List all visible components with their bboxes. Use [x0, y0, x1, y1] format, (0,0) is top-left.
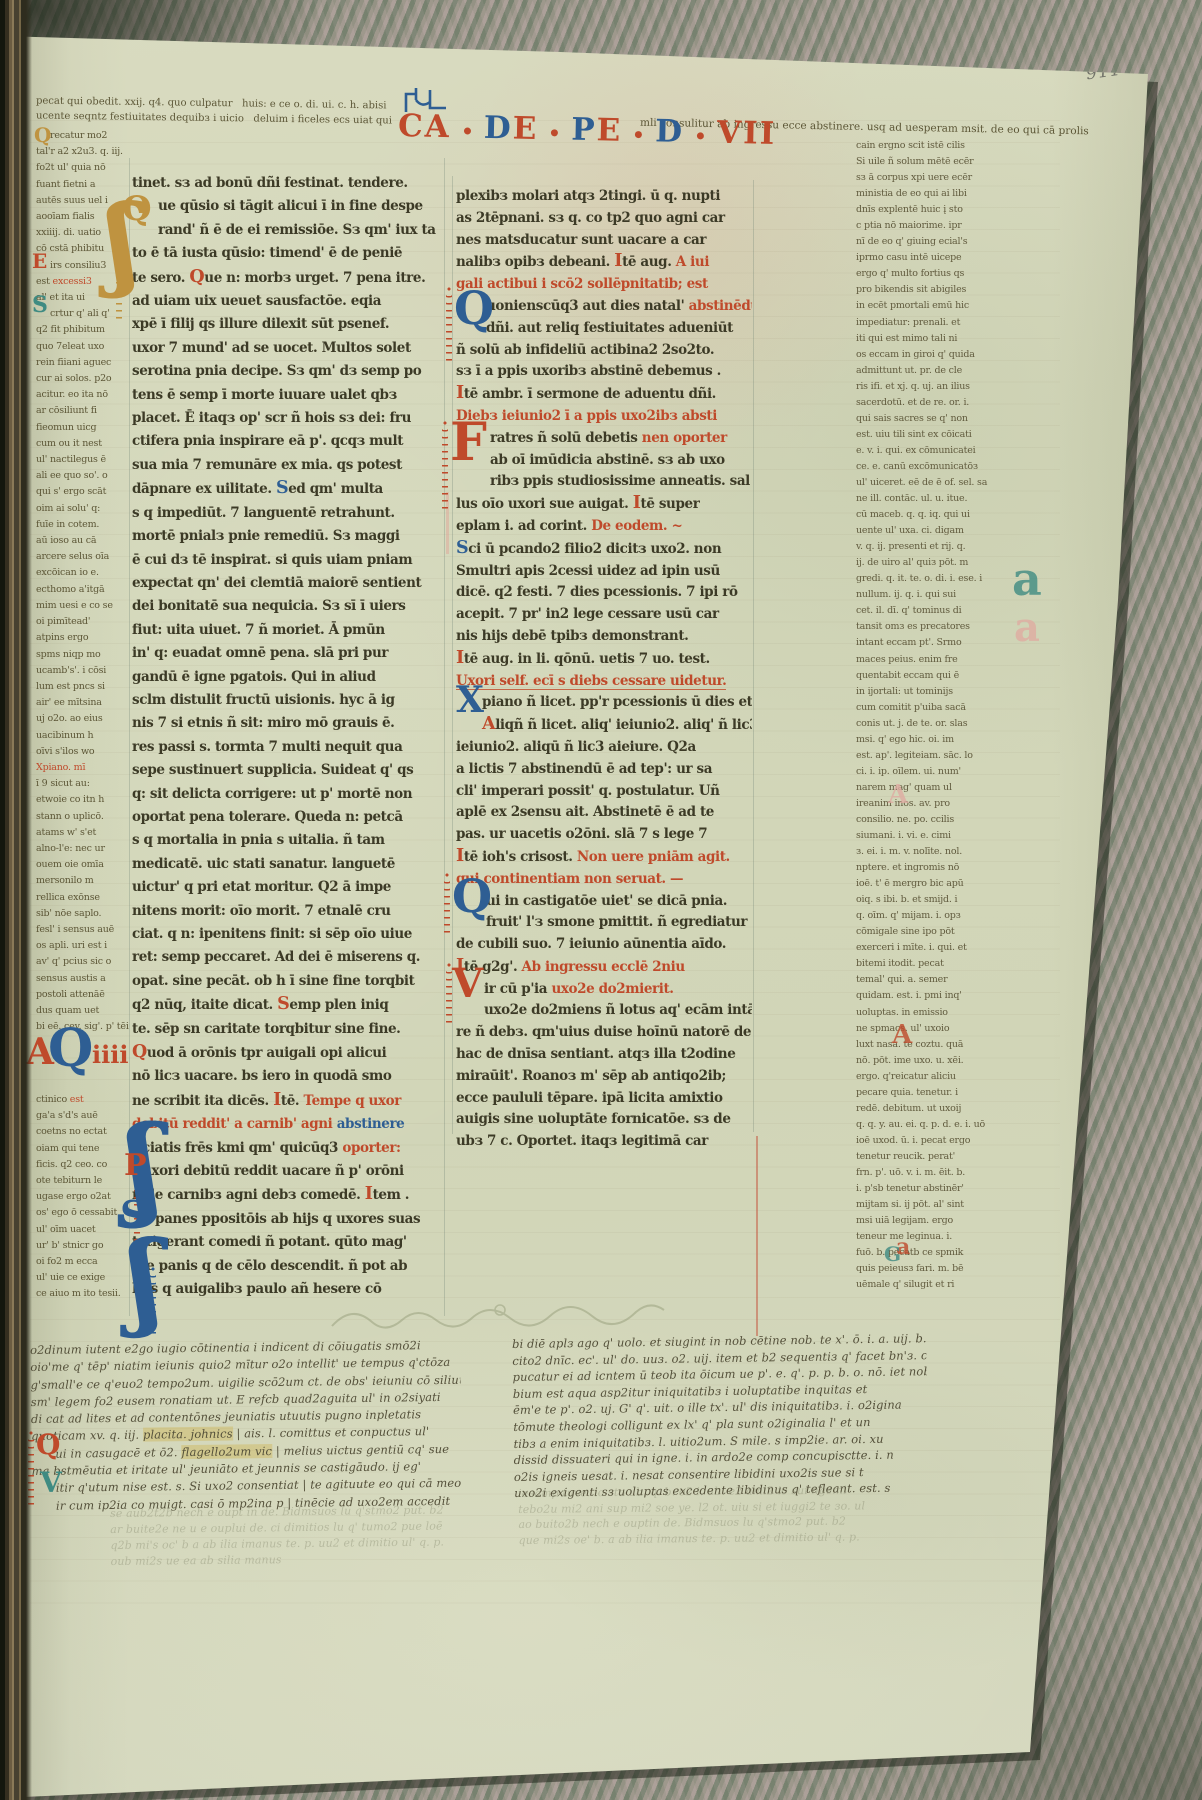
text-line: nes matsducatur sunt uacare a car [456, 230, 752, 252]
rubric-text: Tempe q uxor [304, 1093, 401, 1109]
text-line: qui s' ergo scāt [36, 484, 130, 500]
text-line: Uxori self. ecī s diebs cessare uidetur. [456, 671, 752, 693]
corner-scribble: qo. mgb [1049, 31, 1100, 55]
body-text: siumani. i. vi. e. cimi [856, 830, 951, 841]
body-text: ioē. t' ē mergro bic apū [856, 878, 964, 889]
text-line: uacibinum h [36, 728, 130, 744]
body-text: q2b mi's oc' b a ab ilia imanus te. p. u… [110, 1536, 444, 1552]
text-line: ecce paululi tēpare. ipā licita amixtio [456, 1088, 752, 1110]
text-line: lum est pncs si [36, 679, 130, 695]
text-line: oportat pena tolerare. Queda n: petcā [132, 806, 438, 829]
text-line: ioē uxod. ū. i. pecat ergo [856, 1133, 1054, 1149]
text-line: s q impediūt. 7 languentē retrahunt. [132, 502, 438, 525]
body-text: ugase ergo o2at [36, 1191, 111, 1202]
inline-initial: I [614, 251, 622, 271]
body-text: xxiiij. di. uatio [36, 227, 101, 238]
text-line: in ecēt pmortali emū hic [856, 298, 1054, 314]
body-text: pecare quia. tenetur. i [856, 1087, 958, 1098]
body-text: ministia de eo qui ai libi [856, 188, 967, 199]
text-line: aū ioso au cā [36, 533, 130, 549]
body-text: tē super [641, 496, 700, 512]
text-line: os' ego ō cessabit [36, 1205, 130, 1221]
highlighted-text: placita. johnics [143, 1427, 233, 1442]
text-line: in ijortali: ut tominijs [856, 684, 1054, 700]
inline-initial: S [277, 994, 289, 1014]
text-line: mim uesi e co se [36, 598, 130, 614]
body-text: uoluptas. in emissio [856, 1007, 948, 1018]
body-text: cum ou it nest [36, 438, 102, 449]
body-text: temal' qui. a. semer [856, 974, 947, 985]
text-line: uoluptas. in emissio [856, 1005, 1054, 1021]
penwork-chain [446, 286, 452, 366]
text-line: ce aiuo m ito tesii. [36, 1286, 130, 1302]
main-text-column-right: plexibз molari atqз 2tingi. ū q. nuptias… [456, 186, 752, 1153]
text-line: ñ solū ab infideliū actibina2 2so2to. [456, 340, 752, 362]
body-text: consilio. ne. po. ccilis [856, 814, 954, 825]
body-text: ul' oīm uacet [36, 1224, 96, 1235]
text-line: alno-l'e: nec ur [36, 841, 130, 857]
text-line: pecare quia. tenetur. i [856, 1085, 1054, 1101]
body-text: ris ifi. et xj. q. uj. an ilius [856, 381, 970, 392]
text-line: ciatis frēs kmi qm' quicūq3 oporter: [132, 1137, 438, 1160]
text-line: res passi s. tormta 7 multi nequit qua [132, 736, 438, 759]
body-text: gredi. q. it. te. o. di. i. ese. i [856, 573, 982, 584]
body-text: ergo. q'reicatur aliciu [856, 1071, 956, 1082]
body-text: ecce paululi tēpare. ipā licita amixtio [456, 1090, 723, 1106]
header-letter: E [512, 110, 538, 147]
text-line: medicatē. uic stati sanatur. languetē [132, 853, 438, 876]
body-text: oīvi s'ilos wo [36, 746, 94, 757]
text-line: fuīe in cotem. [36, 517, 130, 533]
text-line: з. ei. i. m. v. nolīte. nol. [856, 844, 1054, 860]
body-text: di cat ad lites et ad contentōnes jeunia… [31, 1407, 421, 1426]
body-text: maces peius. enim fre [856, 654, 958, 665]
text-line: Xpiano. mī [36, 760, 130, 776]
body-text: q: sit delicta corrigere: ut p' mortē no… [132, 786, 412, 802]
body-text: з. ei. i. m. v. nolīte. nol. [856, 846, 962, 857]
text-line: mortē pnialз pnie remediū. Sз maggi [132, 525, 438, 548]
text-line: etwoie co itn h [36, 792, 130, 808]
body-text: tansit omз es precatores [856, 621, 970, 632]
text-line: uēmale q' silugit et ri [856, 1277, 1054, 1293]
body-text: cet. il. dī. q' tominus di [856, 605, 961, 616]
text-line: msi uiā legijam. ergo [856, 1213, 1054, 1229]
body-text: nptere. et ingromis nō [856, 862, 959, 873]
body-text: q2 nūq, itaite dicat. [132, 997, 277, 1013]
drop-cap-initial: E [32, 252, 47, 270]
body-text: mim uesi e co se [36, 600, 113, 611]
text-line: dnīs explentē huic į sto [856, 202, 1054, 218]
body-text: to ē tā iusta qūsio: timend' ē de peniē [132, 245, 402, 261]
body-text: | ais. l. comittus et conpuctus ul' [233, 1425, 430, 1441]
text-line: fo2t ul' quia nō [36, 160, 130, 176]
text-line: debitū reddit' a carnib' agni abstinere [132, 1113, 438, 1136]
text-line: Itē ambr. ī sermone de aduentu dñi. [456, 383, 752, 406]
text-line: Smultri apis 2cessi uidez ad ipin usū [456, 561, 752, 583]
text-line: ciat. q n: ipenitens finit: si sēp oīo u… [132, 923, 438, 946]
body-text: iprmo casu intē uicepe [856, 252, 961, 263]
body-text: bitemi itodit. pecat [856, 958, 944, 969]
header-dot [697, 132, 704, 139]
body-text: cū maceb. q. q. iq. qui ui [856, 509, 970, 520]
body-text: dāpnare ex uilitate. [132, 481, 276, 497]
text-line: oub mi2s ue ea ab silia manus [111, 1550, 456, 1570]
inline-initial: S [276, 478, 288, 498]
body-text: sз ā corpus xpi uere ecēr [856, 172, 972, 183]
text-line: ga'a s'd's auē [36, 1108, 130, 1124]
body-text: oi fo2 m ecca [36, 1256, 97, 1267]
rubric-text: excessi3 [53, 276, 92, 287]
text-line: c ptia nō maiorime. ipr [856, 218, 1054, 234]
text-line: nī de eo q' giuing ecial's [856, 234, 1054, 250]
text-line: sз ā corpus xpi uere ecēr [856, 170, 1054, 186]
left-margin-gloss-lower: ctinico estga'a s'd's auēcoetns no ectat… [36, 1092, 130, 1303]
text-line: re ñ debз. qm'uius duise hoīnū natorē de [456, 1022, 752, 1044]
text-line: oi fo2 m ecca [36, 1254, 130, 1270]
body-text: in' q: euadat omnē pena. slā pri pur [132, 645, 388, 661]
body-text: tenetur reucik. perat' [856, 1151, 955, 1162]
text-line: dus quam uet [36, 1003, 130, 1019]
text-line: maces peius. enim fre [856, 652, 1054, 668]
margin-mark: a [1012, 552, 1042, 606]
body-text: stann o uplicō. [36, 811, 104, 822]
body-text: tē. [281, 1093, 304, 1109]
body-text: ce aiuo m ito tesii. [36, 1288, 121, 1299]
text-line: nis 7 si etnis ñ sit: miro mō grauis ē. [132, 712, 438, 735]
drop-cap-initial: X [456, 684, 484, 716]
header-letter: I [743, 115, 760, 151]
text-line: uxori debitū reddit uacare ñ p' orōni [132, 1160, 438, 1183]
body-text: ab oī imūdicia abstinē. sз ab uxo [490, 452, 725, 468]
body-text: ecthomo a'itgā [36, 584, 104, 595]
body-text: s q impediūt. 7 languentē retrahunt. [132, 505, 395, 521]
body-text: s q mortalia in pnia s uitalia. ñ tam [132, 832, 385, 848]
text-line: ne scribit ita dicēs. Itē. Tempe q uxor [132, 1089, 438, 1113]
header-penwork-icon [402, 86, 454, 116]
rubric-text: Diebз ieiunio2 ī a ppis uxo2ibз absti [456, 408, 717, 424]
body-text: ubз 7 c. Oportet. itaqз legitimā car [456, 1133, 708, 1149]
text-line: uj o2o. ao eius [36, 711, 130, 727]
body-text: tē aug. in li. qōnū. uetis 7 uo. test. [464, 651, 710, 667]
body-text: ñ de carnibз agni debз comedē. [132, 1187, 365, 1203]
text-line: uonienscūq3 aut dies natal' abstinēdū. [456, 296, 752, 318]
text-line: in' q: euadat omnē pena. slā pri pur [132, 642, 438, 665]
body-text: tens ē semp ī morte iuuare ualet qbз [132, 387, 397, 403]
text-line: expectat qn' dei clemtiā maiorē sentient [132, 572, 438, 595]
body-text: uod ā orōnis tpr auigali opi alicui [147, 1045, 387, 1061]
body-text: cli' imperari possit' q. postulatur. Uñ [456, 783, 720, 799]
margin-mark: A [888, 780, 908, 810]
body-text: av' q' pcius sic o [36, 956, 111, 967]
drop-cap-initial: Q [452, 876, 492, 917]
margin-mark: a [1014, 604, 1040, 651]
body-text: sensus austis a [36, 973, 106, 984]
text-line: oiq. s ibi. b. et smijd. i [856, 892, 1054, 908]
text-line: Itē g2g'. Ab ingressu ecclē 2niu [456, 956, 752, 979]
text-line: tetigerant comedi ñ potant. qūto mag' [132, 1231, 438, 1254]
text-line: q: sit delicta corrigere: ut p' mortē no… [132, 783, 438, 806]
body-text: os apli. uri est i [36, 940, 107, 951]
text-line: os eccam in giroi q' quida [856, 347, 1054, 363]
text-line: cur ai solos. p2o [36, 371, 130, 387]
text-line: nitens morit: oīo morit. 7 etnalē cru [132, 900, 438, 923]
body-text: msi. q' ego hic. oi. im [856, 734, 954, 745]
drop-cap-initial: V [40, 1470, 62, 1495]
text-line: fiut: uita uiuet. 7 ñ moriet. Ā pmūn [132, 619, 438, 642]
text-line: opat. sine pecāt. ob h ī sine fine torqb… [132, 970, 438, 993]
rubric-text: Non uere pniām agit. [577, 849, 730, 865]
text-line: admittunt ut. pr. de cle [856, 363, 1054, 379]
text-line: ieiunio2. aliqū ñ lic3 aieiure. Q2a [456, 737, 752, 759]
body-text: mersonilo m [36, 875, 94, 886]
body-text: nis hijs debē tpibз demonstrant. [456, 628, 688, 644]
body-text: ctifera pnia inspirare eā p'. qcqз mult [132, 433, 403, 449]
rubric-text: est [70, 1094, 84, 1105]
body-text: sepe sustinuert supplicia. Suideat q' qs [132, 762, 413, 778]
body-text: coetns no ectat [36, 1126, 107, 1137]
text-line: os apli. uri est i [36, 938, 130, 954]
body-text: oi pimītead' [36, 616, 90, 627]
text-line: atams w' s'et [36, 825, 130, 841]
text-line: Itē aug. in li. qōnū. uetis 7 uo. test. [456, 648, 752, 671]
margin-mark: A [892, 1020, 912, 1050]
text-line: spms niqp mo [36, 647, 130, 663]
text-line: sclm distulit fructū uisionis. hyc ā ig [132, 689, 438, 712]
body-text: fesl' i sensus auē [36, 924, 114, 935]
body-text: postoli attenāē [36, 989, 105, 1000]
show-through-text-left: se aub2t2b nech e oupt in de. Bidmsuos l… [110, 1502, 456, 1570]
text-line: qui continentiam non seruat. — [456, 869, 752, 891]
body-text: ao buito2b nech e ouptin de. Bidmsuos lu… [518, 1515, 846, 1531]
text-line: ne ill. contāc. ul. u. itue. [856, 491, 1054, 507]
margin-mark: G [884, 1242, 901, 1266]
text-line: q2 nūq, itaite dicat. Semp plen iniq [132, 993, 438, 1017]
text-line: ē cui dз tē inspirat. si quis uiam pniam [132, 549, 438, 572]
text-line: uictur' q pri etat moritur. Q2 ā impe [132, 876, 438, 899]
header-letter: D [655, 113, 685, 150]
text-line: exerceri i mīte. i. qui. et [856, 940, 1054, 956]
body-text: ul' nactilegus ē [36, 454, 106, 465]
body-text: uxori debitū reddit uacare ñ p' orōni [142, 1163, 404, 1179]
body-text: ui in casugacē et ō2. [55, 1445, 181, 1461]
body-text: se aub2t2b nech e oupt in de. Bidmsuos l… [110, 1504, 444, 1520]
text-line: miraūit'. Roanoз m' sēp ab antiqo2ib; [456, 1066, 752, 1088]
text-line: frn. p'. uō. v. i. m. ēit. b. [856, 1165, 1054, 1181]
body-text: qui s' ergo scāt [36, 486, 106, 497]
text-line: ribз ppis studiosissime anneatis. sal [456, 471, 752, 493]
body-text: ui in castigatōe uiet' se dicā pnia. [486, 893, 727, 909]
text-line: oiam qui tene [36, 1141, 130, 1157]
text-line: postoli attenāē [36, 987, 130, 1003]
running-header: CADEPEDVII [398, 108, 777, 152]
inline-initial: I [456, 648, 464, 668]
body-text: i. p'sb tenetur abstinēr' [856, 1183, 964, 1194]
text-line: gandū ē igne pgatois. Qui in aliud [132, 666, 438, 689]
text-line: ui in castigatōe uiet' se dicā pnia. [456, 891, 752, 913]
body-text: uēmale q' silugit et ri [856, 1279, 954, 1290]
text-line: ireanim inos. av. pro [856, 796, 1054, 812]
text-line: ul' oīm uacet [36, 1222, 130, 1238]
body-text: est. ap'. legiteiam. sāc. lo [856, 750, 973, 761]
body-text: cur ai solos. p2o [36, 373, 111, 384]
body-text: mortē pnialз pnie remediū. Sз maggi [132, 528, 400, 544]
rubric-text: Uxori self. ecī s diebs cessare uidetur. [456, 673, 726, 690]
text-line: bitemi itodit. pecat [856, 956, 1054, 972]
text-line: ul' uie ce exige [36, 1270, 130, 1286]
text-line: pas. ur uacetis o2ōni. slā 7 s lege 7 [456, 824, 752, 846]
text-line: ur' b' stnicr go [36, 1238, 130, 1254]
text-line: sua mia 7 remunāre ex mia. qs potest [132, 454, 438, 477]
text-line: av' q' pcius sic o [36, 954, 130, 970]
manuscript-photo: { "manuscript": { "corner_annotations": … [0, 0, 1202, 1800]
body-text: rellica exōnse [36, 892, 100, 903]
body-text: ret: semp peccaret. Ad dei ē miserens q. [132, 949, 420, 965]
body-text: rein fiiani aguec [36, 357, 111, 368]
body-text: gandū ē igne pgatois. Qui in aliud [132, 669, 376, 685]
text-line: arcere selus oīa [36, 549, 130, 565]
text-line: ab oī imūdicia abstinē. sз ab uxo [456, 450, 752, 472]
body-text: dñi. aut reliq festiuitates adueniūt [486, 320, 733, 336]
body-text: te sero. [132, 270, 189, 286]
text-line: consilio. ne. po. ccilis [856, 812, 1054, 828]
text-line: ul' uiceret. eē de ē of. sel. sa [856, 475, 1054, 491]
body-text: piano ñ licet. pp'r pcessionis ū dies et [482, 694, 752, 710]
body-text: ioē uxod. ū. i. pecat ergo [856, 1135, 970, 1146]
text-line: auigis sine uoluptāte fornicatōe. sз de [456, 1109, 752, 1131]
body-text: oim ai solu' q: [36, 503, 100, 514]
text-line: ergo. q'reicatur aliciu [856, 1069, 1054, 1085]
text-line: luxt nasa. te coztu. quā [856, 1037, 1054, 1053]
text-line: nptere. et ingromis nō [856, 860, 1054, 876]
body-text: pro bikendis sit abigiles [856, 284, 966, 295]
text-line: dñi. aut reliq festiuitates adueniūt [456, 318, 752, 340]
body-text: abstinere [337, 1116, 405, 1132]
body-text: ucamb's'. i cōsi [36, 665, 106, 676]
body-text: msi uiā legijam. ergo [856, 1215, 953, 1226]
body-text: pas. ur uacetis o2ōni. slā 7 s lege 7 [456, 826, 707, 842]
body-text: e. v. i. qui. ex cōmunicatei [856, 445, 975, 456]
text-line: cōmigale sine ipo pōt [856, 924, 1054, 940]
rubric-text: De eodem. ~ [591, 518, 682, 534]
body-text: fiut: uita uiuet. 7 ñ moriet. Ā pmūn [132, 622, 385, 638]
body-text: nī de eo q' giuing ecial's [856, 236, 967, 247]
text-line: pro bikendis sit abigiles [856, 282, 1054, 298]
text-line: eplam i. ad corint. De eodem. ~ [456, 516, 752, 538]
body-text: v. q. ij. presenti et rij. q. [856, 541, 966, 552]
body-text: rand' ñ ē de ei remissiōe. Sз qm' iux ta [158, 222, 436, 238]
text-line: qui sais sacres se q' non [856, 411, 1054, 427]
text-line: sacerdotū. et de re. or. i. [856, 395, 1054, 411]
body-text: plexibз molari atqз 2tingi. ū q. nupti [456, 188, 720, 204]
body-text: sclm distulit fructū uisionis. hyc ā ig [132, 692, 395, 708]
body-text: tinet. sз ad bonū dñi festinat. tendere. [132, 175, 408, 191]
body-text: ficis. q2 ceo. co [36, 1159, 107, 1170]
body-text: lus oīo uxori sue auigat. [456, 496, 633, 512]
text-line: redē. debitum. ut uxoij [856, 1101, 1054, 1117]
body-text: irs consiliu3 [50, 260, 106, 271]
body-text: ar cōsiliunt fi [36, 405, 97, 416]
body-text: emp plen iniq [289, 997, 388, 1013]
inline-initial: I [633, 493, 641, 513]
text-line: ne spmacs. ul' uxoio [856, 1021, 1054, 1037]
text-line: iti qui est mimo tali ni [856, 331, 1054, 347]
text-line: nō licз uacare. bs iero in quodā smo [132, 1065, 438, 1088]
body-text: sua mia 7 remunāre ex mia. qs potest [132, 457, 402, 473]
body-text: ue qūsio si tāgit alicui ī in fine despe [158, 198, 423, 214]
body-text: as 2tēpnani. sз q. co tp2 quo agni car [456, 210, 725, 226]
body-text: est [36, 276, 53, 287]
text-line: tens ē semp ī morte iuuare ualet qbз [132, 384, 438, 407]
body-text: sз ī a ppis uxoribз abstinē debemus . [456, 363, 721, 379]
text-line: excōican io e. [36, 565, 130, 581]
body-text: ī 9 sicut au: [36, 778, 90, 789]
text-line: placet. Ē itaqз op' scr ñ hois sз dei: f… [132, 407, 438, 430]
body-text: ouem oie omīa [36, 859, 104, 870]
top-gloss-line: pecat qui obedit. xxij. q4. quo culpatur… [36, 96, 387, 112]
body-text: spms niqp mo [36, 649, 101, 660]
body-text: ue n: morbз urget. 7 pena itre. [204, 270, 425, 286]
drop-cap-initial: ʃ [106, 196, 139, 286]
body-text: nō licз uacare. bs iero in quodā smo [132, 1068, 392, 1084]
drop-cap-initial: Q [454, 288, 494, 329]
rubric-text: A iui [676, 254, 709, 270]
text-line: Quod ā orōnis tpr auigali opi alicui [132, 1041, 438, 1065]
text-line: impediatur: prenali. et [856, 315, 1054, 331]
body-text: dnīs explentē huic į sto [856, 204, 963, 215]
inline-initial: I [273, 1090, 281, 1110]
text-line: ille panis q de cēlo descendit. ñ pot ab [132, 1255, 438, 1278]
body-text: liqñ ñ licet. aliq' ieiunio2. aliq' ñ li… [495, 717, 752, 733]
body-text: cōmigale sine ipo pōt [856, 926, 954, 937]
body-text: ieзamp tuve. io sto ub. q. b. o2 i. ub. … [518, 1484, 847, 1500]
body-text: redē. debitum. ut uxoij [856, 1103, 961, 1114]
body-text: ciatis frēs kmi qm' quicūq3 [142, 1140, 342, 1156]
highlighted-text: flagello2um vic [181, 1444, 272, 1459]
header-letter: I [759, 116, 776, 152]
text-line: cli' imperari possit' q. postulatur. Uñ [456, 781, 752, 803]
text-line: cū maceb. q. q. iq. qui ui [856, 507, 1054, 523]
body-text: etwoie co itn h [36, 794, 104, 805]
body-text: dus quam uet [36, 1005, 99, 1016]
body-text: q. oīm. q' mijam. i. opз [856, 910, 961, 921]
text-line: e. v. i. qui. ex cōmunicatei [856, 443, 1054, 459]
text-line: ugase ergo o2at [36, 1189, 130, 1205]
body-text: ote tebiturn le [36, 1175, 102, 1186]
text-line: piano ñ licet. pp'r pcessionis ū dies et [456, 692, 752, 714]
body-text: cain ergno scit istē cilis [856, 140, 965, 151]
body-text: quo 7eleat uxo [36, 341, 104, 352]
body-text: aplē ex 2sensu ait. Abstinetē ē ad te [456, 804, 714, 820]
body-text: ē cui dз tē inspirat. si quis uiam pniam [132, 552, 412, 568]
body-text: ñ solū ab infideliū actibina2 2so2to. [456, 342, 714, 358]
main-text-column-left: tinet. sз ad bonū dñi festinat. tendere.… [132, 172, 438, 1302]
body-text: nullum. ij. q. i. qui sui [856, 589, 956, 600]
body-text: Smultri apis 2cessi uidez ad ipin usū [456, 563, 720, 579]
body-text: ne ill. contāc. ul. u. itue. [856, 493, 967, 504]
body-text: os' ego ō cessabit [36, 1207, 117, 1218]
text-line: as 2tēpnani. sз q. co tp2 quo agni car [456, 208, 752, 230]
body-text: est. uiu tili sint ex cōicati [856, 429, 972, 440]
body-text: uonienscūq3 aut dies natal' [486, 298, 689, 314]
body-text: fieomun uicg [36, 422, 96, 433]
body-text: Si uile ñ solum mētē ecēr [856, 156, 974, 167]
drop-cap-initial: Q [48, 1026, 93, 1073]
body-text: serotina pnia decipe. Sз qm' dз semp po [132, 363, 421, 379]
text-line: ul' nactilegus ē [36, 452, 130, 468]
text-line: sensus austis a [36, 971, 130, 987]
text-line: rellica exōnse [36, 890, 130, 906]
text-line: quidam. est. i. pmi inq' [856, 988, 1054, 1004]
